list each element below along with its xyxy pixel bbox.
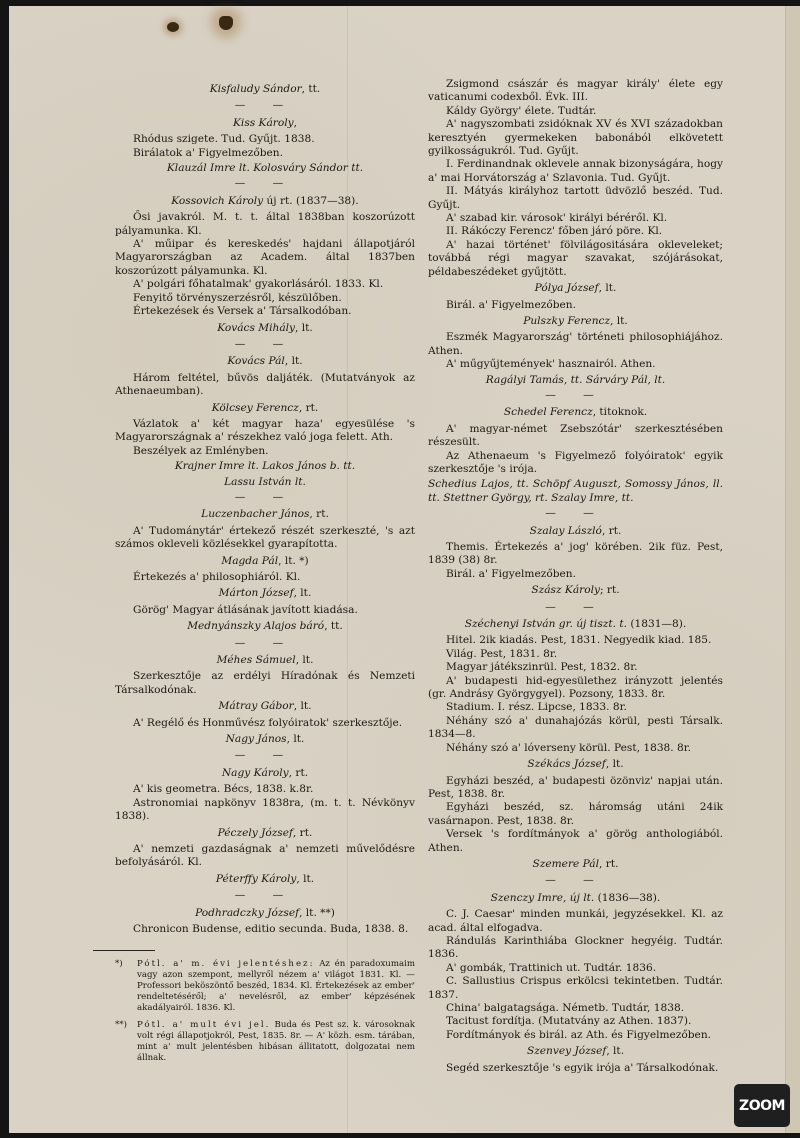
author-heading: Méhes Sámuel, lt. <box>115 654 415 667</box>
work-entry: Vázlatok a' két magyar haza' egyesülése … <box>115 418 415 445</box>
footnote-head: Pótl. a' mult évi jel. <box>137 1020 270 1030</box>
author-heading: Péczely József, rt. <box>115 827 415 840</box>
section-separator: — — <box>115 177 415 190</box>
section-separator: — — <box>428 389 723 402</box>
author-list-line: Schedius Lajos, tt. Schöpf Auguszt, Somo… <box>428 478 723 505</box>
work-entry: Értekezés a' philosophiáról. Kl. <box>115 571 415 584</box>
author-heading: Szenvey József, lt. <box>428 1045 723 1058</box>
work-entry: Zsigmond császár és magyar király' élete… <box>428 78 723 105</box>
author-list-line: Lassu István lt. <box>115 476 415 489</box>
author-rank: , lt. <box>294 700 312 712</box>
author-name: Széchenyi István gr. új tiszt. t. <box>465 618 627 630</box>
work-entry: Értekezések és Versek a' Társalkodóban. <box>115 305 415 318</box>
work-entry: A' műipar és kereskedés' hajdani állapot… <box>115 238 415 278</box>
footnote: *)Pótl. a' m. évi jelentéshez: Az én par… <box>115 959 415 1014</box>
author-rank: , rt. <box>299 402 318 414</box>
author-heading: Nagy Károly, rt. <box>115 767 415 780</box>
work-entry: Rhódus szigete. Tud. Gyűjt. 1838. <box>115 133 415 146</box>
work-entry: Astronomiai napkönyv 1838ra, (m. t. t. N… <box>115 797 415 824</box>
author-heading: Szemere Pál, rt. <box>428 858 723 871</box>
zoom-logo: ZOOM <box>734 1084 790 1127</box>
work-entry: Beszélyek az Emlényben. <box>115 445 415 458</box>
work-entry: Themis. Értekezés a' jog' körében. 2ik f… <box>428 541 723 568</box>
work-entry: Három feltétel, bűvös daljáték. (Mutatvá… <box>115 372 415 399</box>
work-entry: Ősi javakról. M. t. t. által 1838ban kos… <box>115 211 415 238</box>
footnote-mark: *) <box>115 959 137 970</box>
author-name: Méhes Sámuel <box>217 654 296 666</box>
work-entry: Stadium. I. rész. Lipcse, 1833. 8r. <box>428 701 723 714</box>
author-rank: , <box>294 117 297 129</box>
section-separator: — — <box>115 338 415 351</box>
work-entry: Görög' Magyar átlásának javított kiadása… <box>115 604 415 617</box>
author-heading: Podhradczky József, lt. **) <box>115 907 415 920</box>
author-rank: , titoknok. <box>593 406 647 418</box>
work-entry: A' szabad kir. városok' királyi béréről.… <box>428 212 723 225</box>
work-entry: I. Ferdinandnak oklevele annak bizonyság… <box>428 158 723 185</box>
author-name: Podhradczky József <box>195 907 299 919</box>
author-heading: Széchenyi István gr. új tiszt. t. (1831—… <box>428 618 723 631</box>
author-heading: Mednyánszky Alajos báró, tt. <box>115 620 415 633</box>
work-entry: Néhány szó a' lóverseny körül. Pest, 183… <box>428 742 723 755</box>
work-entry: Fenyitő törvényszerzésről, készülőben. <box>115 292 415 305</box>
work-entry: China' balgatagsága. Németb. Tudtár, 183… <box>428 1002 723 1015</box>
author-rank: , lt. <box>295 322 313 334</box>
work-entry: Tacitust fordítja. (Mutatvány az Athen. … <box>428 1015 723 1028</box>
work-entry: Eszmék Magyarország' történeti philosoph… <box>428 331 723 358</box>
work-entry: Világ. Pest, 1831. 8r. <box>428 648 723 661</box>
author-heading: Schedel Ferencz, titoknok. <box>428 406 723 419</box>
work-entry: A' polgári főhatalmak' gyakorlásáról. 18… <box>115 278 415 291</box>
work-entry: A' budapesti hid-egyesülethez irányzott … <box>428 675 723 702</box>
author-name: Kisfaludy Sándor <box>210 83 302 95</box>
work-entry: Az Athenaeum 's Figyelmező folyóiratok' … <box>428 450 723 477</box>
author-name: Péterffy Károly <box>216 873 296 885</box>
author-heading: Mátray Gábor, lt. <box>115 700 415 713</box>
author-name: Szenvey József <box>527 1045 606 1057</box>
author-rank: , lt. <box>294 587 312 599</box>
author-name: Mednyánszky Alajos báró <box>187 620 324 632</box>
author-list-line: Klauzál Imre lt. Kolosváry Sándor tt. <box>115 162 415 175</box>
author-heading: Kiss Károly, <box>115 117 415 130</box>
author-name: Péczely József <box>218 827 293 839</box>
author-heading: Nagy János, lt. <box>115 733 415 746</box>
ink-stain <box>219 16 233 30</box>
author-list-line: Krajner Imre lt. Lakos János b. tt. <box>115 460 415 473</box>
author-heading: Kovács Pál, lt. <box>115 355 415 368</box>
author-name: Kiss Károly <box>233 117 294 129</box>
author-name: Luczenbacher János <box>201 508 309 520</box>
section-separator: — — <box>428 507 723 520</box>
author-name: Márton József <box>219 587 294 599</box>
author-rank: , lt. <box>287 733 305 745</box>
author-name: Pólya József <box>535 282 599 294</box>
work-entry: Birálatok a' Figyelmezőben. <box>115 147 415 160</box>
work-entry: Birál. a' Figyelmezőben. <box>428 568 723 581</box>
section-separator: — — <box>428 874 723 887</box>
footnote-head: Pótl. a' m. évi jelentéshez: <box>137 959 314 969</box>
section-separator: — — <box>428 601 723 614</box>
work-entry: A' nagyszombati zsidóknak XV és XVI száz… <box>428 118 723 158</box>
work-entry: Rándulás Karinthiába Glockner hegyéig. T… <box>428 935 723 962</box>
author-rank: , lt. <box>296 654 314 666</box>
work-entry: Magyar játékszinrül. Pest, 1832. 8r. <box>428 661 723 674</box>
author-name: Szalay László <box>530 525 602 537</box>
author-name: Szász Károly <box>531 584 600 596</box>
author-heading: Péterffy Károly, lt. <box>115 873 415 886</box>
left-column: Kisfaludy Sándor, tt.— —Kiss Károly,Rhód… <box>115 80 415 1070</box>
work-entry: II. Mátyás királyhoz tartott üdvözlő bes… <box>428 185 723 212</box>
work-entry: A' magyar-német Zsebszótár' szerkesztésé… <box>428 423 723 450</box>
author-rank: , rt. <box>293 827 312 839</box>
work-entry: Birál. a' Figyelmezőben. <box>428 299 723 312</box>
author-rank: , lt. <box>296 873 314 885</box>
author-name: Szemere Pál <box>533 858 599 870</box>
author-name: Szenczy Imre, új lt. <box>491 892 595 904</box>
work-entry: Hitel. 2ik kiadás. Pest, 1831. Negyedik … <box>428 634 723 647</box>
section-separator: — — <box>115 491 415 504</box>
author-heading: Kisfaludy Sándor, tt. <box>115 83 415 96</box>
author-heading: Pólya József, lt. <box>428 282 723 295</box>
work-entry: Szerkesztője az erdélyi Híradónak és Nem… <box>115 670 415 697</box>
author-name: Kossovich Károly <box>171 195 263 207</box>
author-name: Kovács Mihály <box>217 322 295 334</box>
work-entry: Segéd szerkesztője 's egyik irója a' Tár… <box>428 1062 723 1075</box>
ink-stain <box>167 22 179 32</box>
author-rank: , lt. <box>285 355 303 367</box>
author-rank: ; rt. <box>600 584 620 596</box>
author-name: Schedel Ferencz <box>504 406 593 418</box>
author-rank: , rt. <box>309 508 328 520</box>
work-entry: Chronicon Budense, editio secunda. Buda,… <box>115 923 415 936</box>
author-rank: , lt. <box>606 758 624 770</box>
work-entry: A' Regélő és Honművész folyóiratok' szer… <box>115 717 415 730</box>
author-heading: Luczenbacher János, rt. <box>115 508 415 521</box>
author-heading: Magda Pál, lt. *) <box>115 555 415 568</box>
author-rank: , lt. *) <box>278 555 309 567</box>
work-entry: A' Tudománytár' értekező részét szerkesz… <box>115 525 415 552</box>
author-heading: Kovács Mihály, lt. <box>115 322 415 335</box>
right-column: Zsigmond császár és magyar király' élete… <box>428 78 723 1075</box>
work-entry: Káldy György' élete. Tudtár. <box>428 105 723 118</box>
section-separator: — — <box>115 889 415 902</box>
section-separator: — — <box>115 99 415 112</box>
author-rank: (1836—38). <box>594 892 660 904</box>
author-heading: Szalay László, rt. <box>428 525 723 538</box>
author-rank: (1831—8). <box>627 618 686 630</box>
author-rank: , lt. **) <box>299 907 335 919</box>
author-rank: új rt. (1837—38). <box>263 195 359 207</box>
work-entry: A' műgyűjtemények' hasznairól. Athen. <box>428 358 723 371</box>
author-rank: , lt. <box>606 1045 624 1057</box>
author-name: Kölcsey Ferencz <box>212 402 299 414</box>
page-edge <box>785 6 800 1133</box>
author-list-line: Ragályi Tamás, tt. Sárváry Pál, lt. <box>428 374 723 387</box>
footnote: **)Pótl. a' mult évi jel. Buda és Pest s… <box>115 1020 415 1064</box>
author-heading: Szász Károly; rt. <box>428 584 723 597</box>
work-entry: A' nemzeti gazdaságnak a' nemzeti művelő… <box>115 843 415 870</box>
author-rank: , lt. <box>599 282 617 294</box>
work-entry: Versek 's fordítmányok a' görög antholog… <box>428 828 723 855</box>
work-entry: C. J. Caesar' minden munkái, jegyzésekke… <box>428 908 723 935</box>
section-separator: — — <box>115 637 415 650</box>
work-entry: A' gombák, Trattinich ut. Tudtár. 1836. <box>428 962 723 975</box>
work-entry: II. Rákóczy Ferencz' főben járó pöre. Kl… <box>428 225 723 238</box>
footnote-mark: **) <box>115 1020 137 1031</box>
author-rank: , rt. <box>602 525 621 537</box>
work-entry: Néhány szó a' dunahajózás körül, pesti T… <box>428 715 723 742</box>
author-rank: , rt. <box>289 767 308 779</box>
work-entry: A' kis geometra. Bécs, 1838. k.8r. <box>115 783 415 796</box>
author-heading: Kossovich Károly új rt. (1837—38). <box>115 195 415 208</box>
author-name: Székács József <box>527 758 605 770</box>
work-entry: Fordítmányok és birál. az Ath. és Figyel… <box>428 1029 723 1042</box>
footnote-rule <box>93 950 155 951</box>
work-entry: A' hazai történet' fölvilágositására okl… <box>428 239 723 279</box>
author-heading: Szenczy Imre, új lt. (1836—38). <box>428 892 723 905</box>
work-entry: C. Sallustius Crispus erkölcsi tekintetb… <box>428 975 723 1002</box>
work-entry: Egyházi beszéd, sz. háromság utáni 24ik … <box>428 801 723 828</box>
author-name: Nagy Károly <box>222 767 289 779</box>
section-separator: — — <box>115 749 415 762</box>
author-heading: Kölcsey Ferencz, rt. <box>115 402 415 415</box>
author-name: Nagy János <box>226 733 287 745</box>
author-heading: Székács József, lt. <box>428 758 723 771</box>
author-name: Kovács Pál <box>227 355 284 367</box>
author-rank: , tt. <box>302 83 321 95</box>
work-entry: Egyházi beszéd, a' budapesti özönviz' na… <box>428 775 723 802</box>
author-heading: Márton József, lt. <box>115 587 415 600</box>
author-heading: Pulszky Ferencz, lt. <box>428 315 723 328</box>
author-rank: , tt. <box>324 620 343 632</box>
author-name: Magda Pál <box>221 555 278 567</box>
author-rank: , lt. <box>610 315 628 327</box>
author-rank: , rt. <box>599 858 618 870</box>
zoom-logo-label: ZOOM <box>739 1098 785 1114</box>
author-name: Pulszky Ferencz <box>523 315 610 327</box>
author-name: Mátray Gábor <box>219 700 294 712</box>
